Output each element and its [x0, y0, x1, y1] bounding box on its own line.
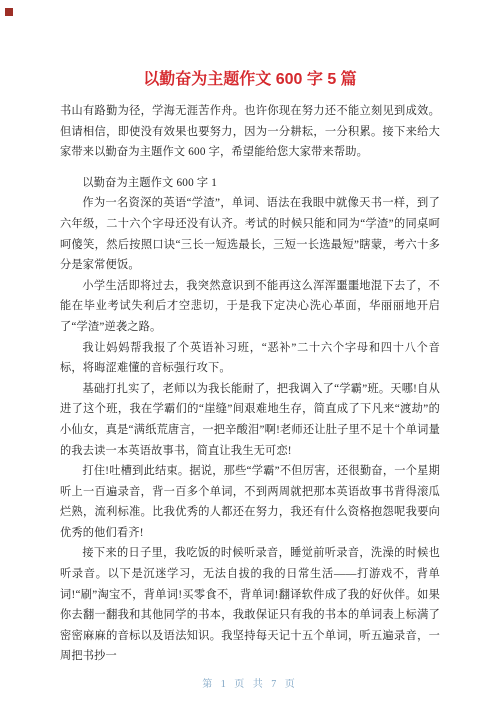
body-paragraph: 我让妈妈帮我报了个英语补习班，“恶补”二十六个字母和四十八个音标，将晦涩难懂的音… — [60, 338, 440, 379]
intro-paragraph: 书山有路勤为径，学海无涯苦作舟。也许你现在努力还不能立刻见到成效。但请相信，即使… — [60, 101, 440, 163]
section-heading: 以勤奋为主题作文 600 字 1 — [60, 173, 440, 194]
body-paragraph: 接下来的日子里，我吃饭的时候听录音，睡觉前听录音，洗澡的时候也听录音。以下是沉迷… — [60, 543, 440, 667]
body-paragraph: 基础打扎实了，老师以为我长能耐了，把我调入了“学霸”班。天哪!自从进了这个班，我… — [60, 379, 440, 461]
document-body: 书山有路勤为径，学海无涯苦作舟。也许你现在努力还不能立刻见到成效。但请相信，即使… — [60, 101, 440, 667]
page-number-footer: 第 1 页 共 7 页 — [0, 675, 500, 690]
body-paragraph: 小学生活即将过去，我突然意识到不能再这么浑浑噩噩地混下去了，不能在毕业考试失利后… — [60, 276, 440, 338]
corner-marker — [5, 8, 13, 16]
document-title: 以勤奋为主题作文 600 字 5 篇 — [50, 70, 450, 90]
body-paragraph: 作为一名资深的英语“学渣”，单词、语法在我眼中就像天书一样，到了六年级，二十六个… — [60, 193, 440, 275]
body-paragraph: 打住!吐槽到此结束。据说，那些“学霸”不但厉害，还很勤奋，一个星期听上一百遍录音… — [60, 461, 440, 543]
